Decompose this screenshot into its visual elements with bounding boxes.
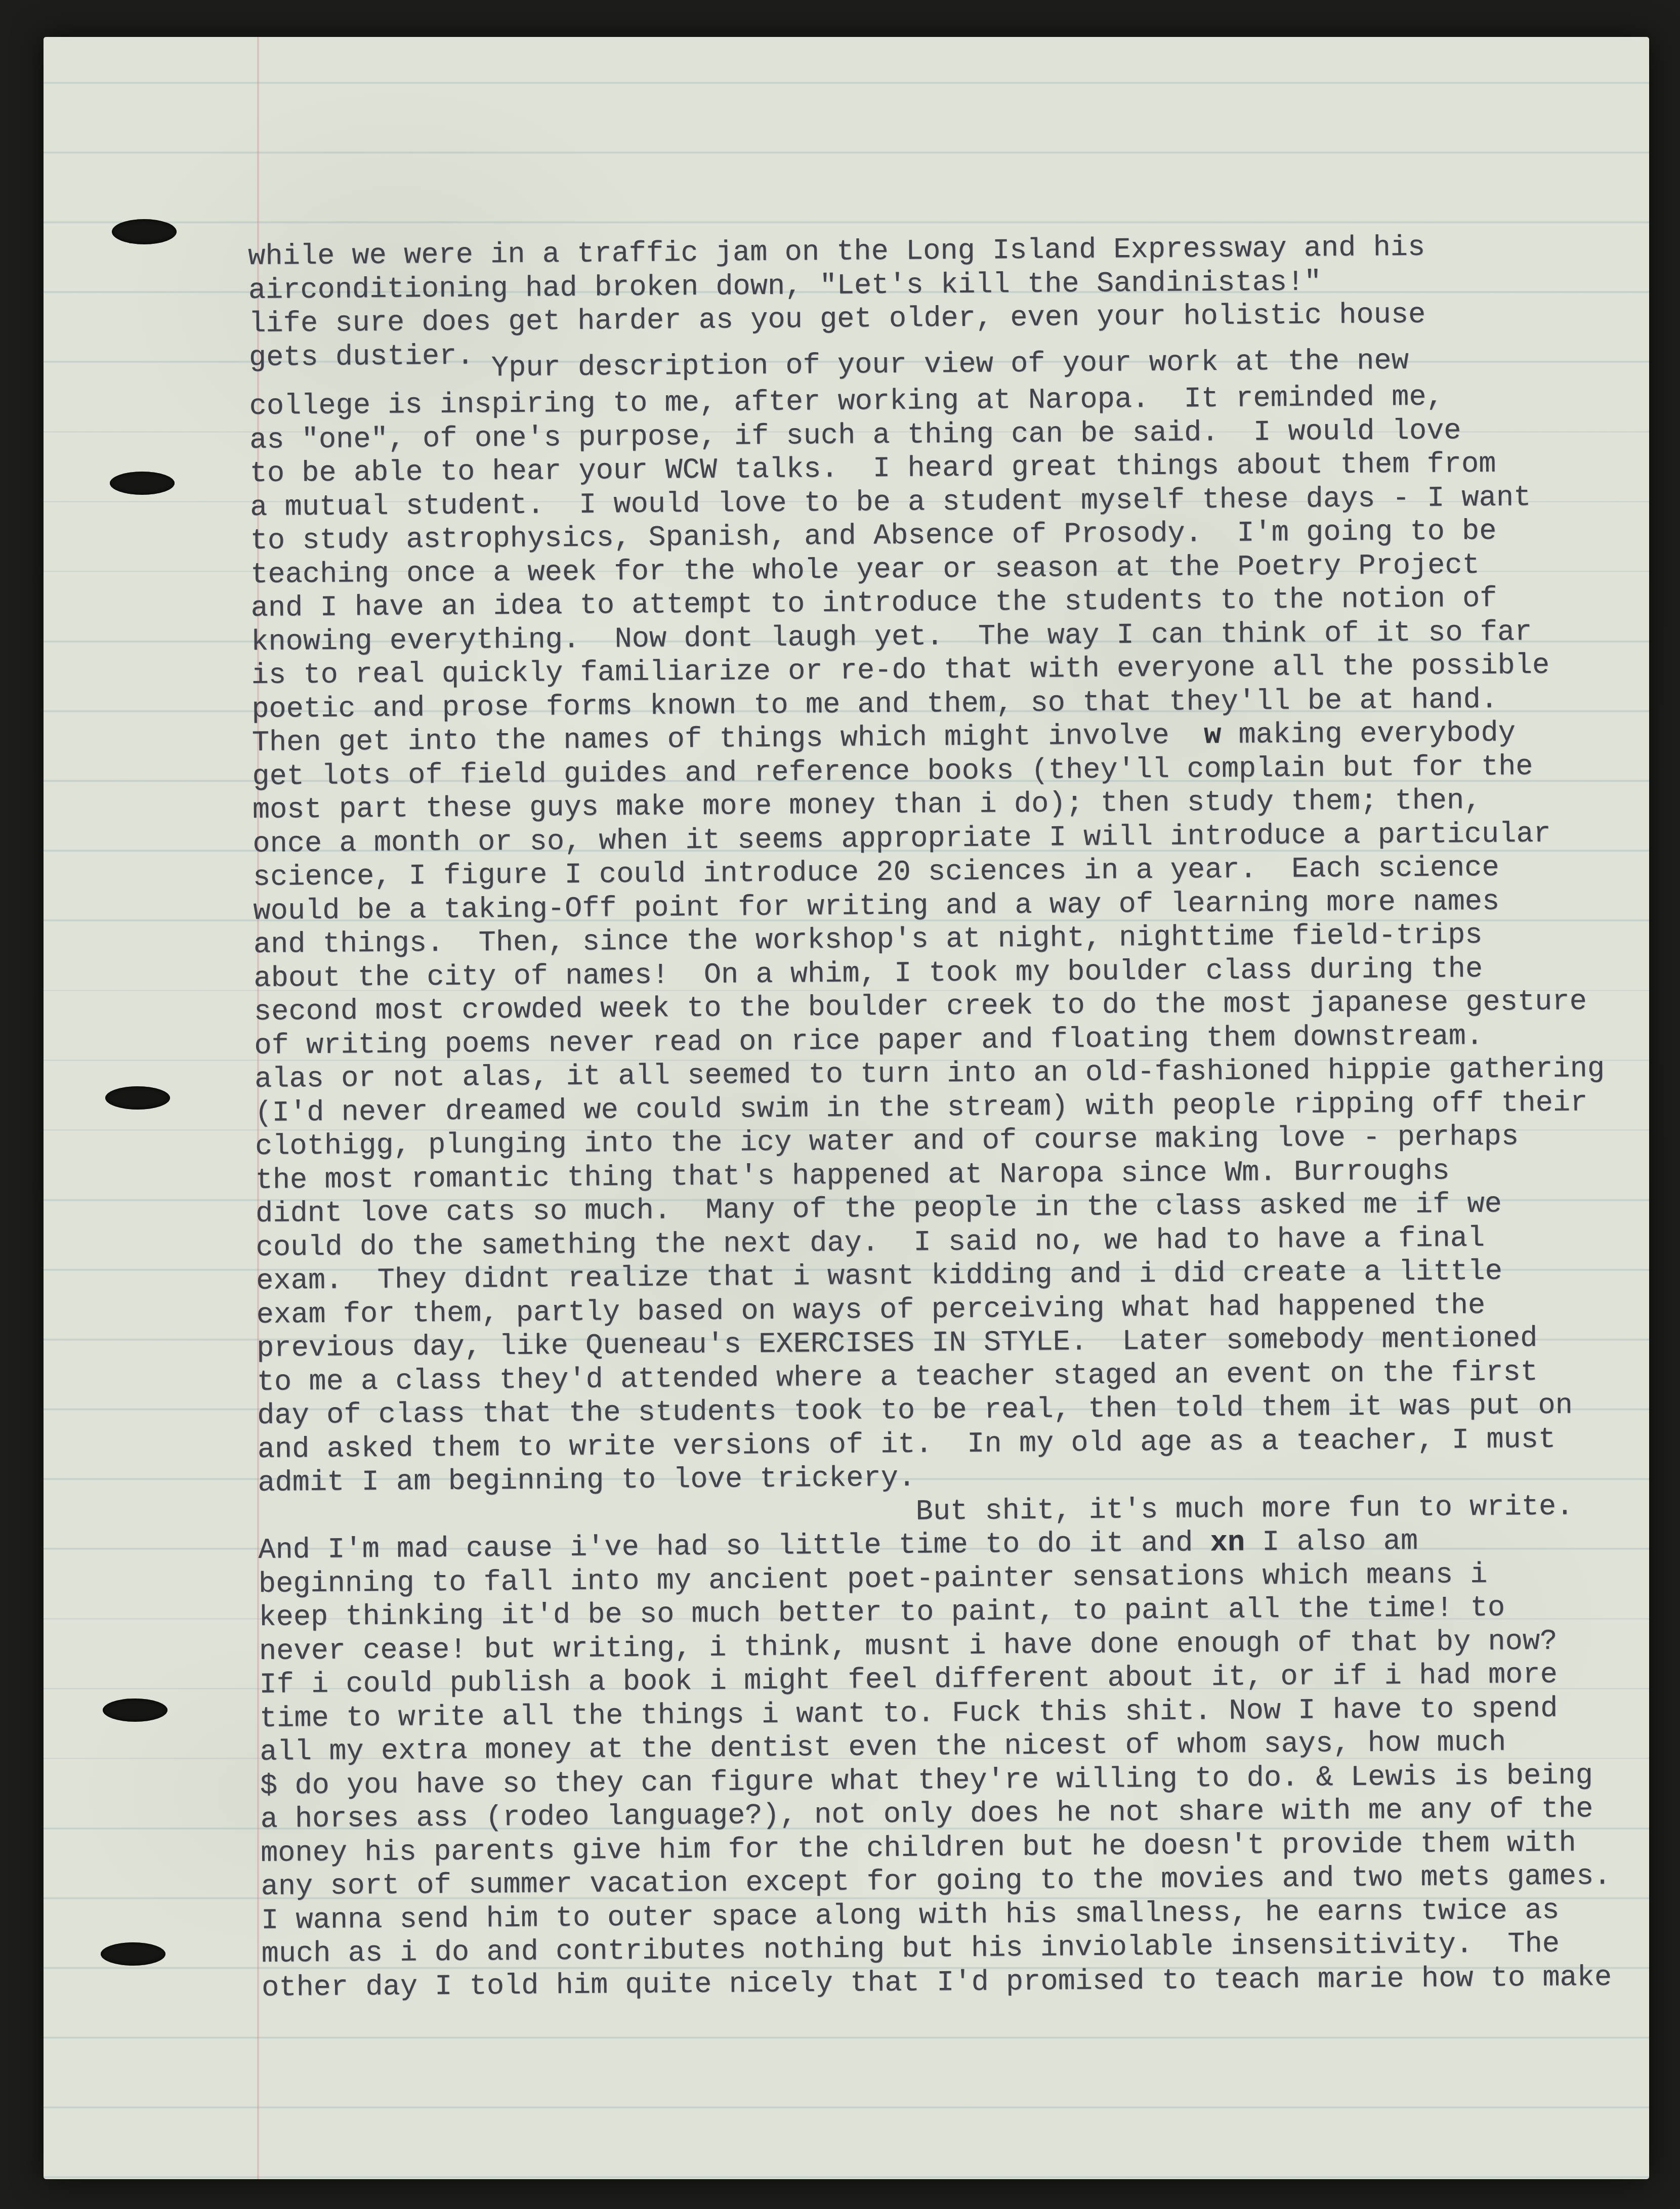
- letter-line-segment: I also am: [1245, 1525, 1418, 1559]
- letter-page: while we were in a traffic jam on the Lo…: [44, 37, 1649, 2179]
- letter-line-segment: gets dustier.: [249, 340, 474, 374]
- letter-line-segment: w: [1204, 719, 1222, 752]
- punch-hole-5: [101, 1942, 165, 1966]
- punch-hole-1: [112, 219, 177, 244]
- punch-hole-4: [103, 1698, 167, 1722]
- letter-text: while we were in a traffic jam on the Lo…: [248, 229, 1658, 2005]
- punch-hole-3: [105, 1086, 170, 1110]
- letter-line-segment: And I'm mad cause i've had so little tim…: [258, 1527, 1210, 1567]
- scanned-letter-page: { "page": { "background_color": "#1d1d1a…: [0, 0, 1680, 2209]
- letter-line-segment: Then get into the names of things which …: [252, 719, 1204, 759]
- punch-hole-2: [110, 472, 175, 495]
- letter-line-segment: admit I am beginning to love trickery.: [258, 1462, 915, 1500]
- letter-line-segment: making everybody: [1221, 717, 1516, 752]
- letter-line-segment: xn: [1210, 1527, 1245, 1560]
- letter-line-segment: Ypur description of your view of your wo…: [474, 345, 1409, 385]
